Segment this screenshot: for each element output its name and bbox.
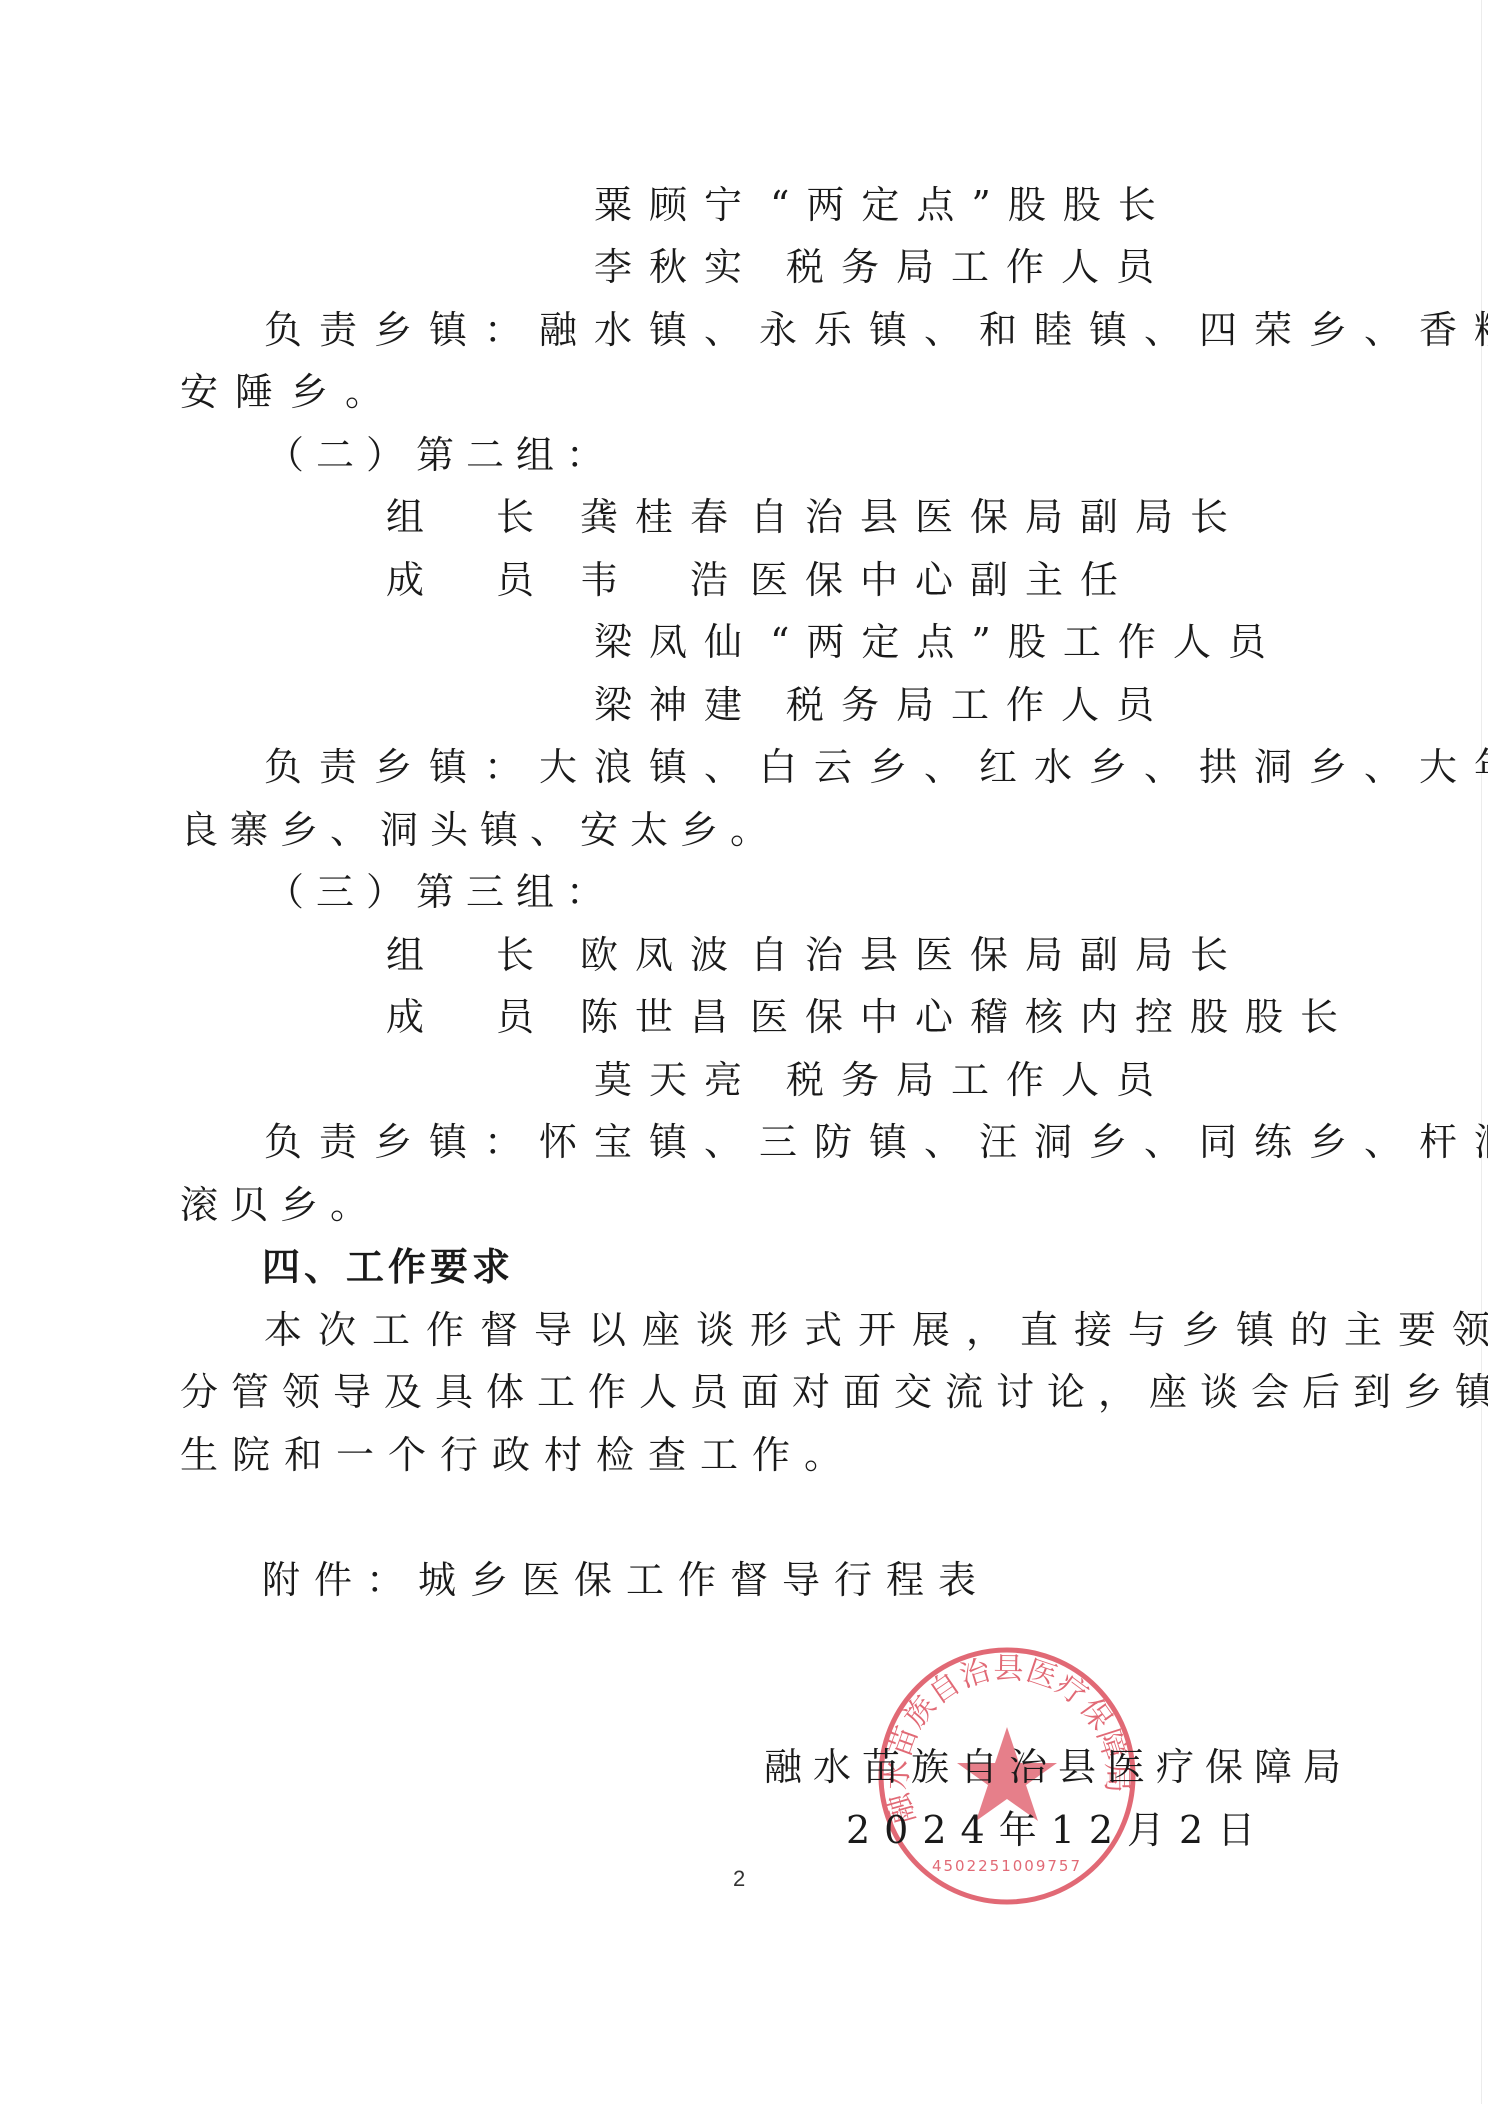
member-name: 陈世昌 xyxy=(580,994,745,1040)
leader-name: 龚桂春 xyxy=(580,494,745,540)
group-heading: （二）第二组： xyxy=(266,432,616,478)
member-title: 医保中心副主任 xyxy=(750,557,1135,603)
member-title: “两定点”股工作人员 xyxy=(770,619,1283,665)
responsible-towns-cont: 滚贝乡。 xyxy=(180,1182,380,1228)
responsible-towns: 负责乡镇：怀宝镇、三防镇、汪洞乡、同练乡、杆洞乡、 xyxy=(264,1119,1488,1165)
member-name: 梁凤仙 xyxy=(594,619,759,665)
leader-label: 组 长 xyxy=(386,932,551,978)
paragraph-line: 生院和一个行政村检查工作。 xyxy=(180,1432,856,1478)
member-name: 莫天亮 xyxy=(594,1057,759,1103)
member-title: 医保中心稽核内控股股长 xyxy=(750,994,1355,1040)
responsible-towns-cont: 良寨乡、洞头镇、安太乡。 xyxy=(180,807,780,853)
member-title: “两定点”股股长 xyxy=(770,182,1173,228)
member-name: 粟顾宁 xyxy=(594,182,759,228)
member-name: 韦 浩 xyxy=(580,557,745,603)
leader-title: 自治县医保局副局长 xyxy=(750,494,1245,540)
responsible-towns: 负责乡镇：融水镇、永乐镇、和睦镇、四荣乡、香粉乡、 xyxy=(264,307,1488,353)
member-title: 税务局工作人员 xyxy=(786,682,1171,728)
paragraph-line: 本次工作督导以座谈形式开展，直接与乡镇的主要领导、 xyxy=(264,1307,1488,1353)
responsible-towns: 负责乡镇：大浪镇、白云乡、红水乡、拱洞乡、大年乡、 xyxy=(264,744,1488,790)
attachment-line: 附件：城乡医保工作督导行程表 xyxy=(262,1557,990,1603)
member-label: 成 员 xyxy=(386,557,551,603)
member-name: 梁神建 xyxy=(594,682,759,728)
member-title: 税务局工作人员 xyxy=(786,1057,1171,1103)
member-label: 成 员 xyxy=(386,994,551,1040)
seal-code: 4502251009757 xyxy=(932,1857,1082,1875)
responsible-towns-cont: 安陲乡。 xyxy=(180,369,400,415)
member-title: 税务局工作人员 xyxy=(786,244,1171,290)
leader-name: 欧凤波 xyxy=(580,932,745,978)
paragraph-line: 分管领导及具体工作人员面对面交流讨论，座谈会后到乡镇卫 xyxy=(180,1369,1488,1415)
group-heading: （三）第三组： xyxy=(266,869,616,915)
leader-title: 自治县医保局副局长 xyxy=(750,932,1245,978)
member-name: 李秋实 xyxy=(594,244,759,290)
page-number: 2 xyxy=(733,1866,745,1892)
section-heading: 四、工作要求 xyxy=(262,1244,514,1290)
signing-date: 2024年12月2日 xyxy=(846,1807,1269,1853)
leader-label: 组 长 xyxy=(386,494,551,540)
signing-organization: 融水苗族自治县医疗保障局 xyxy=(764,1744,1352,1790)
document-page: 粟顾宁 “两定点”股股长 李秋实 税务局工作人员 负责乡镇：融水镇、永乐镇、和睦… xyxy=(0,0,1488,2104)
